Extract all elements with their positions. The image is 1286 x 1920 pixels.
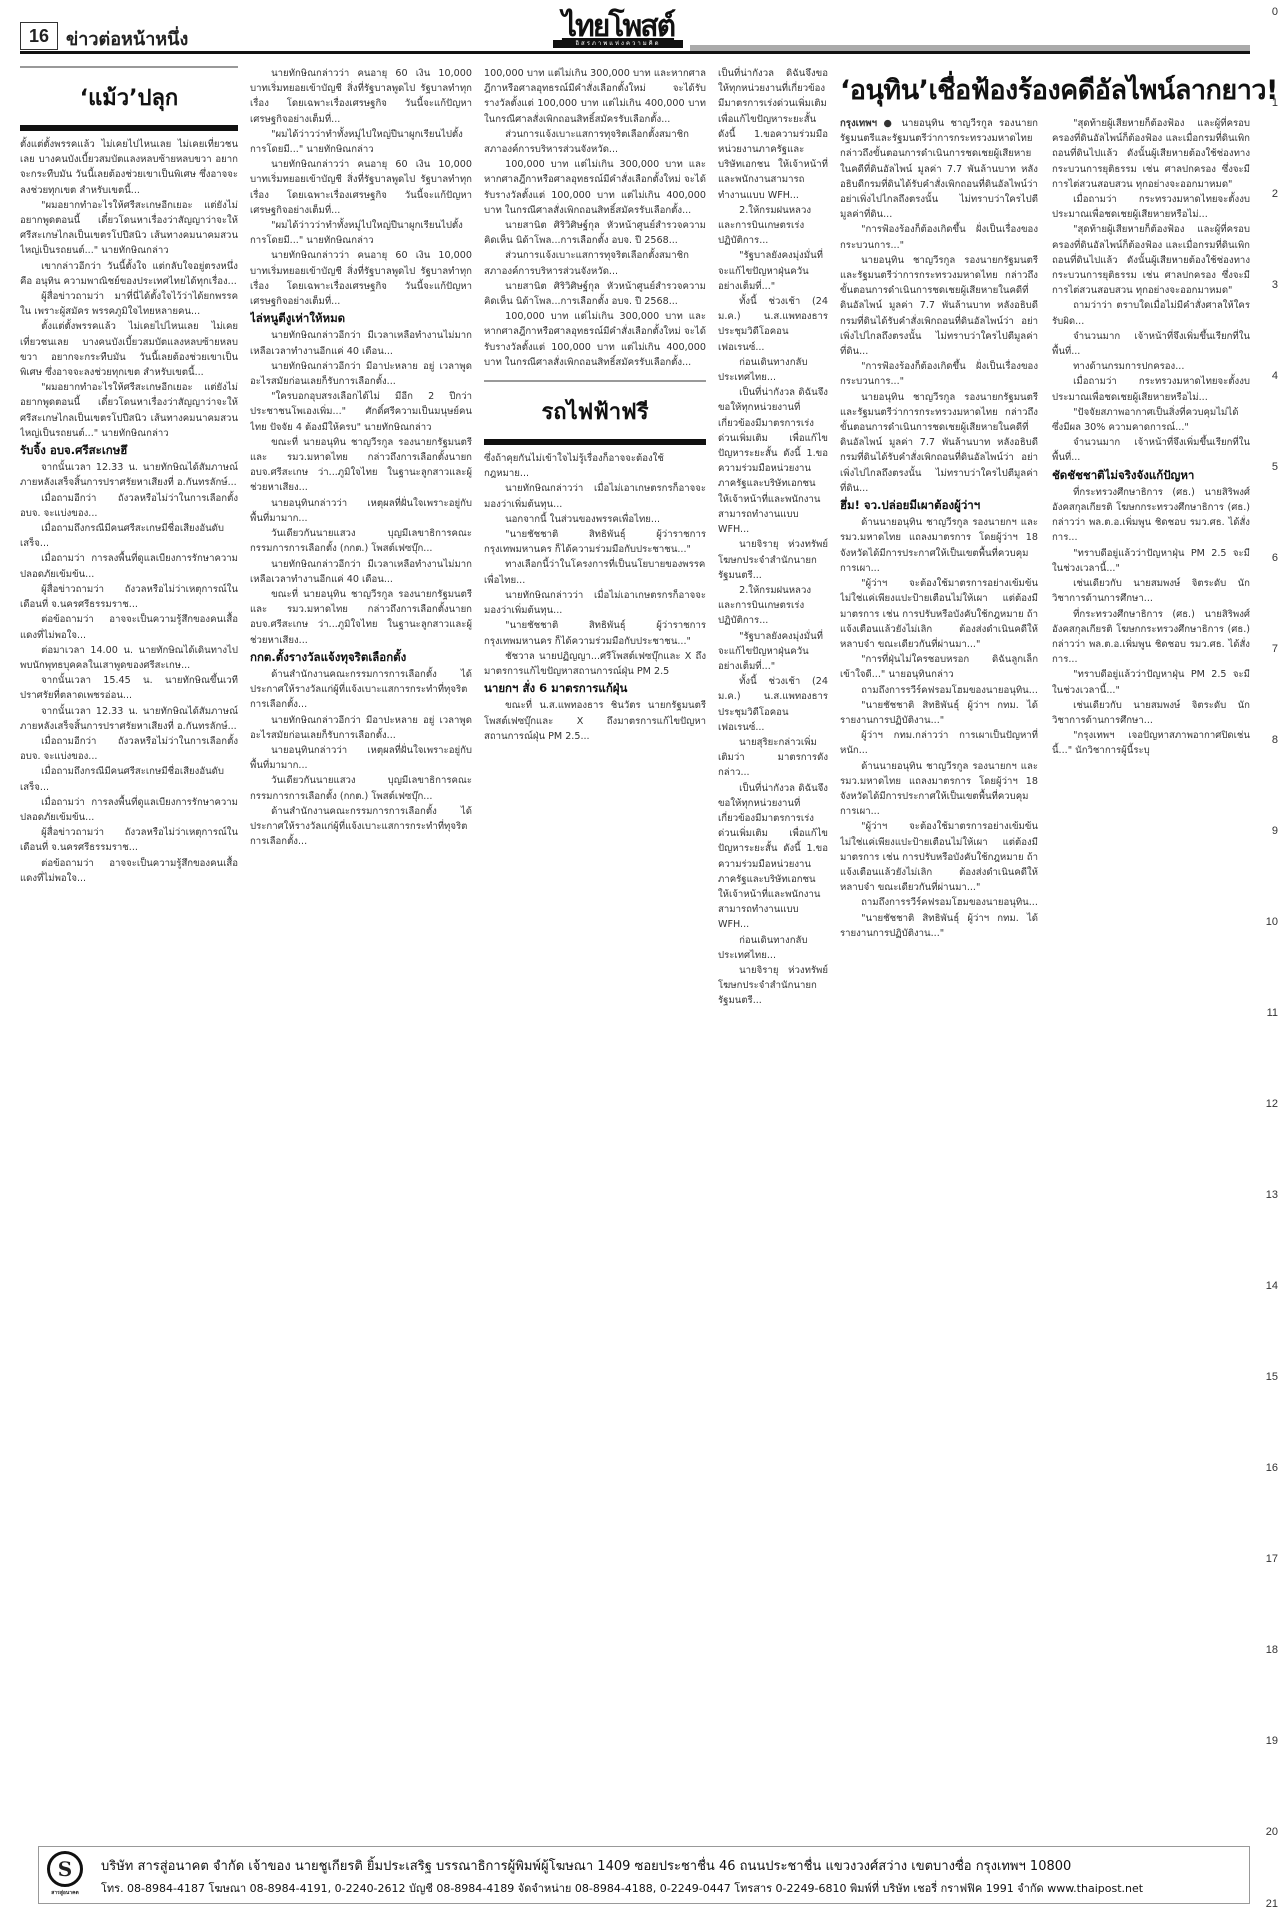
paragraph: ผู้สื่อข่าวถามว่า มาที่นี่ได้ตั้งใจไว้ว่… (20, 289, 238, 319)
paragraph: "กรุงเทพฯ เจอปัญหาสภาพอากาศปิดเช่นนี้...… (1052, 728, 1250, 758)
section-label: ข่าวต่อหน้าหนึ่ง (66, 24, 188, 53)
paragraph: "นายชัชชาติ สิทธิพันธุ์ ผู้ว่าราชการกรุง… (484, 527, 706, 557)
paragraph: ต่อมาเวลา 14.00 น. นายทักษิณได้เดินทางไป… (20, 643, 238, 673)
paragraph: ที่กระทรวงศึกษาธิการ (ศธ.) นายสิริพงศ์ อ… (1052, 607, 1250, 668)
paragraph: "การฟ้องร้องก็ต้องเกิดขึ้น ฝั่งเป็นเรื่อ… (840, 359, 1038, 389)
paragraph: "นายชัชชาติ สิทธิพันธุ์ ผู้ว่าฯ กทม. ได้… (840, 698, 1038, 728)
paragraph: 2.ให้กรมฝนหลวงและการบินเกษตรเร่งปฏิบัติก… (718, 583, 828, 629)
paragraph: นายทักษิณกล่าวว่า เมื่อไม่เอาเกษตรกรก็อา… (484, 588, 706, 618)
paragraph: วันเดียวกันนายแสวง บุญมีเลขาธิการคณะกรรม… (250, 773, 472, 803)
paragraph: จำนวนมาก เจ้าหน้าที่จึงเพิ่มขึ้นเรียกที่… (1052, 329, 1250, 359)
kicker-headline: ‘แม้ว’ปลุก (20, 68, 238, 125)
paragraph: นายทักษิณกล่าวอีกว่า มีอาปะหลาย อยู่ เวล… (250, 713, 472, 743)
paragraph: นายอนุทิน ชาญวีรกูล รองนายกรัฐมนตรีและรั… (840, 253, 1038, 359)
paragraph: ด้านสำนักงานคณะกรรมการการเลือกตั้ง ได้ปร… (250, 667, 472, 713)
paragraph: 100,000 บาท แต่ไม่เกิน 300,000 บาท และหา… (484, 157, 706, 218)
paragraph: เป็นที่น่ากังวล ดิฉันจึงขอให้ทุกหน่วยงาน… (718, 385, 828, 537)
masthead-title: ไทยโพสต์ (553, 12, 683, 42)
lead-article-column-a: กรุงเทพฯ ● นายอนุทิน ชาญวีรกูล รองนายกรั… (840, 116, 1038, 1830)
paragraph: ถามถึงการรวีร์คฟรอมโฮมของนายอนุทิน... (840, 683, 1038, 698)
paragraph: ขณะที่ นายอนุทิน ชาญวีรกูล รองนายกรัฐมนต… (250, 587, 472, 648)
s-logo-icon: S (47, 1851, 83, 1887)
line-number: 15 (1266, 1371, 1278, 1383)
subheading: ไล่หนูตีงูเห่าให้หมด (250, 311, 472, 326)
lead-paragraph: กรุงเทพฯ ● นายอนุทิน ชาญวีรกูล รองนายกรั… (840, 116, 1038, 222)
paragraph: "สุดท้ายผู้เสียหายก็ต้องฟ้อง และผู้ที่คร… (1052, 116, 1250, 192)
paragraph: เช่นเดียวกับ นายสมพงษ์ จิตระดับ นักวิชาก… (1052, 576, 1250, 606)
paragraph: ส่วนการแจ้งเบาะแสการทุจริตเลือกตั้งสมาชิ… (484, 127, 706, 157)
paragraph: ก่อนเดินทางกลับประเทศไทย... (718, 355, 828, 385)
paragraph: ส่วนการแจ้งเบาะแสการทุจริตเลือกตั้งสมาชิ… (484, 248, 706, 278)
paragraph: "รัฐบาลยังคงมุ่งมั่นที่จะแก้ไขปัญหาฝุ่นค… (718, 629, 828, 675)
paragraph: เมื่อถามว่า การลงพื้นที่ดูแลเบียงการรักษ… (20, 551, 238, 581)
line-number: 19 (1266, 1735, 1278, 1747)
paragraph: เขากล่าวอีกว่า วันนี้ตั้งใจ แต่กลับใจอยู… (20, 259, 238, 289)
line-number: 9 (1272, 825, 1278, 837)
publisher-imprint: S สารสู่อนาคต บริษัท สารสู่อนาคต จำกัด เ… (38, 1846, 1250, 1904)
paragraph: ถามว่าว่า ตราบใดเมื่อไม่มีคำสั่งศาลให้ใค… (1052, 298, 1250, 328)
paragraph: นายอนุทินกล่าวว่า เหตุผลที่ฝั่นใจเพราะอย… (250, 496, 472, 526)
paragraph: ด้านนายอนุทิน ชาญวีรกูล รองนายกฯ และ รมว… (840, 515, 1038, 576)
article-left-column: ‘แม้ว’ปลุก ตั้งแต่ตั้งพรรคแล้ว ไม่เคยไปไ… (20, 66, 238, 1830)
paragraph: ด้านนายอนุทิน ชาญวีรกูล รองนายกฯ และ รมว… (840, 759, 1038, 820)
paragraph: นายสุริยะกล่าวเพิ่มเติมว่า มาตรการดังกล่… (718, 735, 828, 781)
line-number: 20 (1266, 1826, 1278, 1838)
paragraph: "นายชัชชาติ สิทธิพันธุ์ ผู้ว่าราชการกรุง… (484, 618, 706, 648)
paragraph: เมื่อถามว่า กระทรวงมหาดไทยจะตั้งงบประมาณ… (1052, 374, 1250, 404)
subheading: นายกฯ สั่ง 6 มาตรการแก้ฝุ่น (484, 681, 706, 696)
paragraph: ด้านสำนักงานคณะกรรมการการเลือกตั้ง ได้ปร… (250, 804, 472, 850)
lead-article-column-b: "สุดท้ายผู้เสียหายก็ต้องฟ้อง และผู้ที่คร… (1052, 116, 1250, 1830)
paragraph: จากนั้นเวลา 12.33 น. นายทักษิณได้สัมภาษณ… (20, 460, 238, 490)
paragraph: "รัฐบาลยังคงมุ่งมั่นที่จะแก้ไขปัญหาฝุ่นค… (718, 248, 828, 294)
line-number: 12 (1266, 1098, 1278, 1110)
paragraph: 2.ให้กรมฝนหลวงและการบินเกษตรเร่งปฏิบัติก… (718, 203, 828, 249)
line-number: 6 (1272, 552, 1278, 564)
line-number: 10 (1266, 916, 1278, 928)
paragraph: เมื่อถามอีกว่า ถังวลหรือไม่ว่าในการเลือก… (20, 491, 238, 521)
paragraph: "ผู้ว่าฯ จะต้องใช้มาตรการอย่างเข้มข้น ไม… (840, 819, 1038, 895)
masthead-logo: ไทยโพสต์ อิสรภาพแห่งความคิด (553, 12, 683, 52)
paragraph: "การที่ฝุ่นไม่ใครชอบหรอก ดิฉันลูกเล็ก เข… (840, 652, 1038, 682)
paragraph: นายสานิต ศิริวิศิษฐ์กุล หัวหน้าศูนย์สำรว… (484, 218, 706, 248)
paragraph: เมื่อถามว่า การลงพื้นที่ดูแลเบียงการรักษ… (20, 795, 238, 825)
paragraph: "สุดท้ายผู้เสียหายก็ต้องฟ้อง และผู้ที่คร… (1052, 222, 1250, 298)
imprint-line-1: บริษัท สารสู่อนาคต จำกัด เจ้าของ นายชูเก… (101, 1855, 1071, 1876)
kicker-box: รถไฟฟ้าฟรี (484, 380, 706, 445)
logo-caption: สารสู่อนาคต (45, 1889, 85, 1897)
paragraph: ทั้งนี้ ช่วงเช้า (24 ม.ค.) น.ส.แพทองธาร … (718, 674, 828, 735)
paragraph: ตั้งแต่ตั้งพรรคแล้ว ไม่เคยไปไหนเลย ไม่เค… (20, 319, 238, 380)
paragraph: "นายชัชชาติ สิทธิพันธุ์ ผู้ว่าฯ กทม. ได้… (840, 911, 1038, 941)
paragraph: ขณะที่ นายอนุทิน ชาญวีรกูล รองนายกรัฐมนต… (250, 435, 472, 496)
kicker-box: ‘แม้ว’ปลุก (20, 66, 238, 131)
paragraph: เมื่อถามว่า กระทรวงมหาดไทยจะตั้งงบประมาณ… (1052, 192, 1250, 222)
subheading: ฮึ่ม! จว.ปล่อยมีเผาต้องผู้ว่าฯ (840, 498, 1038, 513)
line-number: 5 (1272, 461, 1278, 473)
line-number: 17 (1266, 1553, 1278, 1565)
line-number: 3 (1272, 279, 1278, 291)
paragraph: ก่อนเดินทางกลับประเทศไทย... (718, 933, 828, 963)
paragraph: ตั้งแต่ตั้งพรรคแล้ว ไม่เคยไปไหนเลย ไม่เค… (20, 137, 238, 198)
line-number: 21 (1266, 1898, 1278, 1910)
paragraph: 100,000 บาท แต่ไม่เกิน 300,000 บาท และหา… (484, 66, 706, 127)
kicker-bottom-rule (20, 125, 238, 131)
page-number: 16 (20, 22, 58, 50)
line-number: 0 (1272, 6, 1278, 18)
paragraph: "ใครบอกอุบสรงเลือกได้ไม่ มีอีก 2 ปีกว่าป… (250, 389, 472, 435)
article-middle-column: นายทักษิณกล่าวว่า คนอายุ 60 เงิน 10,000 … (250, 66, 472, 1830)
paragraph: เมื่อถามถึงกรณีมีคนศรีสะเกษมีชื่อเสียงอั… (20, 521, 238, 551)
paragraph: จากนั้นเวลา 12.33 น. นายทักษิณได้สัมภาษณ… (20, 704, 238, 734)
paragraph: นายทักษิณกล่าวว่า คนอายุ 60 เงิน 10,000 … (250, 248, 472, 309)
paragraph: เช่นเดียวกับ นายสมพงษ์ จิตระดับ นักวิชาก… (1052, 698, 1250, 728)
paragraph: นายทักษิณกล่าวอีกว่า มีอาปะหลาย อยู่ เวล… (250, 359, 472, 389)
paragraph: นายสานิต ศิริวิศิษฐ์กุล หัวหน้าศูนย์สำรว… (484, 279, 706, 309)
subheading: รับจิ้ง อบจ.ศรีสะเกษฮึ (20, 443, 238, 458)
paragraph: ชัชวาล นายปฏิญญา...ศรีโพสต์เฟซบุ๊กและ X … (484, 649, 706, 679)
line-number: 16 (1266, 1462, 1278, 1474)
paragraph: "ผมอยากทำอะไรให้ศรีสะเกษอีกเยอะ แต่ยังไม… (20, 380, 238, 441)
paragraph: จากนั้นเวลา 15.45 น. นายทักษิณขึ้นเวทีปร… (20, 673, 238, 703)
paragraph: วันเดียวกันนายแสวง บุญมีเลขาธิการคณะกรรม… (250, 526, 472, 556)
paragraph: นายทักษิณกล่าวอีกว่า มีเวลาเหลือทำงานไม่… (250, 328, 472, 358)
paragraph: "ผมอยากทำอะไรให้ศรีสะเกษอีกเยอะ แต่ยังไม… (20, 198, 238, 259)
subheading: กกต.ตั้งรางวัลแจ้งทุจริตเลือกตั้ง (250, 650, 472, 665)
paragraph: ต่อข้อถามว่า อาจจะเป็นความรู้สึกของคนเสื… (20, 856, 238, 886)
paragraph: เป็นที่น่ากังวล ดิฉันจึงขอให้ทุกหน่วยงาน… (718, 781, 828, 933)
article-col4: เป็นที่น่ากังวล ดิฉันจึงขอให้ทุกหน่วยงาน… (718, 66, 828, 1830)
paragraph: ทางเลือกนี้ว่าในโครงการที่เป็นนโยบายของพ… (484, 557, 706, 587)
publisher-logo: S สารสู่อนาคต (45, 1851, 85, 1899)
paragraph: ที่กระทรวงศึกษาธิการ (ศธ.) นายสิริพงศ์ อ… (1052, 485, 1250, 546)
kicker-bottom-rule (484, 439, 706, 445)
kicker-headline: รถไฟฟ้าฟรี (484, 382, 706, 439)
paragraph: "ผมได้ว่าวว่าทำทั้งหมู่ไปใหญ่ปีนาผูกเรีย… (250, 127, 472, 157)
paragraph: นายอนุทินกล่าวว่า เหตุผลที่ฝั่นใจเพราะอย… (250, 743, 472, 773)
paragraph: ทางด้านกรมการปกครอง... (1052, 359, 1250, 374)
line-number: 11 (1267, 1007, 1278, 1019)
line-number: 13 (1266, 1189, 1278, 1201)
line-number: 14 (1266, 1280, 1278, 1292)
paragraph: ผู้ว่าฯ กทม.กล่าวว่า การเผาเป็นปัญหาที่ห… (840, 728, 1038, 758)
paragraph: ถามถึงการรวีร์คฟรอมโฮมของนายอนุทิน... (840, 895, 1038, 910)
line-number: 2 (1272, 188, 1278, 200)
paragraph: ซึ่งถ้าคุยกันไม่เข้าใจไม่รู้เรื่องก็อาจจ… (484, 451, 706, 481)
line-number: 7 (1272, 643, 1278, 655)
paragraph: "การฟ้องร้องก็ต้องเกิดขึ้น ฝั่งเป็นเรื่อ… (840, 222, 1038, 252)
paragraph: เมื่อถามถึงกรณีมีคนศรีสะเกษมีชื่อเสียงอั… (20, 764, 238, 794)
paragraph: 100,000 บาท แต่ไม่เกิน 300,000 บาท และหา… (484, 309, 706, 370)
imprint-line-2: โทร. 08-8984-4187 โฆษณา 08-8984-4191, 0-… (101, 1879, 1143, 1897)
paragraph: นายจิรายุ ห่วงทรัพย์ โฆษกประจำสำนักนายกร… (718, 537, 828, 583)
line-number: 18 (1266, 1644, 1278, 1656)
lead-headline: ‘อนุทิน’เชื่อฟ้องร้องคดีอัลไพน์ลากยาว! (840, 68, 1240, 111)
paragraph: "ทราบดีอยู่แล้วว่าปัญหาฝุ่น PM 2.5 จะมีใ… (1052, 667, 1250, 697)
paragraph: "ปัจจัยสภาพอากาศเป็นสิ่งที่ควบคุมไม่ได้ … (1052, 405, 1250, 435)
article-col3: 100,000 บาท แต่ไม่เกิน 300,000 บาท และหา… (484, 66, 706, 1830)
paragraph: ผู้สื่อข่าวถามว่า ถังวลหรือไม่ว่าเหตุการ… (20, 582, 238, 612)
dateline: กรุงเทพฯ ● (840, 118, 895, 129)
paragraph: เป็นที่น่ากังวล ดิฉันจึงขอให้ทุกหน่วยงาน… (718, 66, 828, 203)
paragraph: นายจิรายุ ห่วงทรัพย์ โฆษกประจำสำนักนายกร… (718, 963, 828, 1009)
line-number: 4 (1272, 370, 1278, 382)
paragraph: "ผมได้ว่าวว่าทำทั้งหมู่ไปใหญ่ปีนาผูกเรีย… (250, 218, 472, 248)
paragraph: ขณะที่ น.ส.แพทองธาร ชินวัตร นายกรัฐมนตรี… (484, 698, 706, 744)
paragraph: นายทักษิณกล่าวว่า คนอายุ 60 เงิน 10,000 … (250, 66, 472, 127)
line-number: 1 (1272, 97, 1278, 109)
paragraph: ต่อข้อถามว่า อาจจะเป็นความรู้สึกของคนเสื… (20, 612, 238, 642)
paragraph: ผู้สื่อข่าวถามว่า ถังวลหรือไม่ว่าเหตุการ… (20, 825, 238, 855)
paragraph: นายทักษิณกล่าวว่า เมื่อไม่เอาเกษตรกรก็อา… (484, 481, 706, 511)
paragraph: นายทักษิณกล่าวว่า คนอายุ 60 เงิน 10,000 … (250, 157, 472, 218)
paragraph: นายทักษิณกล่าวอีกว่า มีเวลาเหลือทำงานไม่… (250, 557, 472, 587)
paragraph: นอกจากนี้ ในส่วนของพรรคเพื่อไทย... (484, 512, 706, 527)
paragraph: จำนวนมาก เจ้าหน้าที่จึงเพิ่มขึ้นเรียกที่… (1052, 435, 1250, 465)
paragraph: เมื่อถามอีกว่า ถังวลหรือไม่ว่าในการเลือก… (20, 734, 238, 764)
subheading: ชัดชัชชาติไม่จริงจังแก้ปัญหา (1052, 468, 1250, 483)
paragraph-text: นายอนุทิน ชาญวีรกูล รองนายกรัฐมนตรีและรั… (840, 118, 1038, 220)
paragraph: นายอนุทิน ชาญวีรกูล รองนายกรัฐมนตรีและรั… (840, 390, 1038, 496)
paragraph: ทั้งนี้ ช่วงเช้า (24 ม.ค.) น.ส.แพทองธาร … (718, 294, 828, 355)
paragraph: "ผู้ว่าฯ จะต้องใช้มาตรการอย่างเข้มข้น ไม… (840, 576, 1038, 652)
line-number: 8 (1272, 734, 1278, 746)
paragraph: "ทราบดีอยู่แล้วว่าปัญหาฝุ่น PM 2.5 จะมีใ… (1052, 546, 1250, 576)
page-header: 16 ข่าวต่อหน้าหนึ่ง ไทยโพสต์ อิสรภาพแห่ง… (20, 12, 1250, 54)
